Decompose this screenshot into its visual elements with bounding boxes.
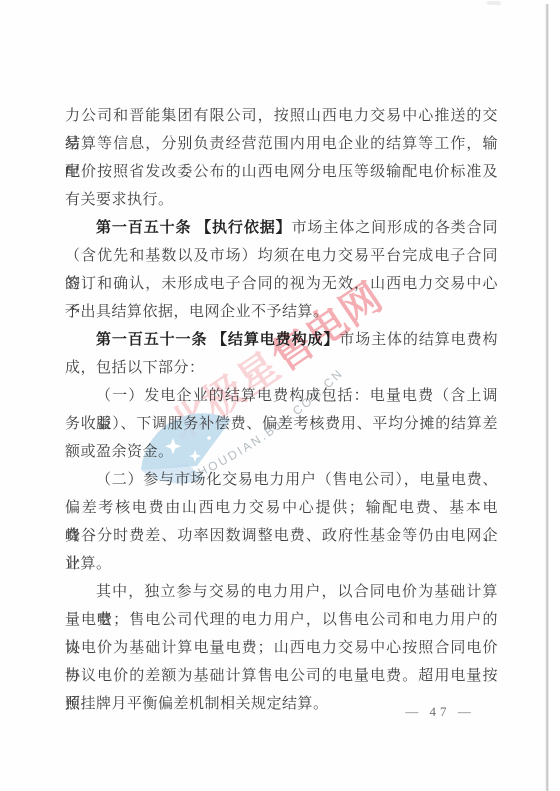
text-line: 有关要求执行。 [65,186,498,214]
scan-fold-line [545,4,549,791]
page-number: — 47 — [400,704,480,720]
text-line: 议电价为基础计算电量电费；山西电力交易中心按照合同电价与 [65,634,498,662]
scan-smudge [487,1,501,5]
text-line: 协议电价的差额为基础计算售电公司的电量电费。超用电量按照 [65,662,498,690]
text-line: 其中，独立参与交易的电力用户，以合同电价为基础计算电 [65,578,498,606]
text-line: 额或盈余资金。 [65,438,498,466]
text-line: 量电费；售电公司代理的电力用户，以售电公司和电力用户的协 [65,606,498,634]
text-line: （二）参与市场化交易电力用户（售电公司），电量电费、 [65,466,498,494]
text-line: 务收益）、下调服务补偿费、偏差考核费用、平均分摊的结算差 [65,410,498,438]
text-line: （含优先和基数以及市场）均须在电力交易平台完成电子合同的 [65,242,498,270]
text-line: 签订和确认，未形成电子合同的视为无效，山西电力交易中心不 [65,270,498,298]
text-line: 第一百五十条 【执行依据】市场主体之间形成的各类合同 [65,214,498,242]
text-line: 成，包括以下部分： [65,354,498,382]
text-line: （一）发电企业的结算电费构成包括：电量电费（含上调服 [65,382,498,410]
text-line: 予出具结算依据，电网企业不予结算。 [65,298,498,326]
text-line: 电价按照省发改委公布的山西电网分电压等级输配电价标准及 [65,158,498,186]
document-body-text: 力公司和晋能集团有限公司，按照山西电力交易中心推送的交易结算等信息，分别负责经营… [65,102,498,718]
scanned-document-page: SHOUDIAN.BJX.COM.CN 北极星 售电网 力公司和晋能集团有限公司… [0,0,560,791]
text-line: 峰谷分时费差、功率因数调整电费、政府性基金等仍由电网企业 [65,522,498,550]
article-heading: 第一百五十条 【执行依据】 [96,220,292,236]
text-line: 偏差考核电费由山西电力交易中心提供；输配电费、基本电费、 [65,494,498,522]
article-heading: 第一百五十一条 【结算电费构成】 [96,332,339,348]
text-line: 结算等信息，分别负责经营范围内用电企业的结算等工作，输配 [65,130,498,158]
text-line: 计算。 [65,550,498,578]
text-line: 力公司和晋能集团有限公司，按照山西电力交易中心推送的交易 [65,102,498,130]
text-line: 第一百五十一条 【结算电费构成】市场主体的结算电费构 [65,326,498,354]
